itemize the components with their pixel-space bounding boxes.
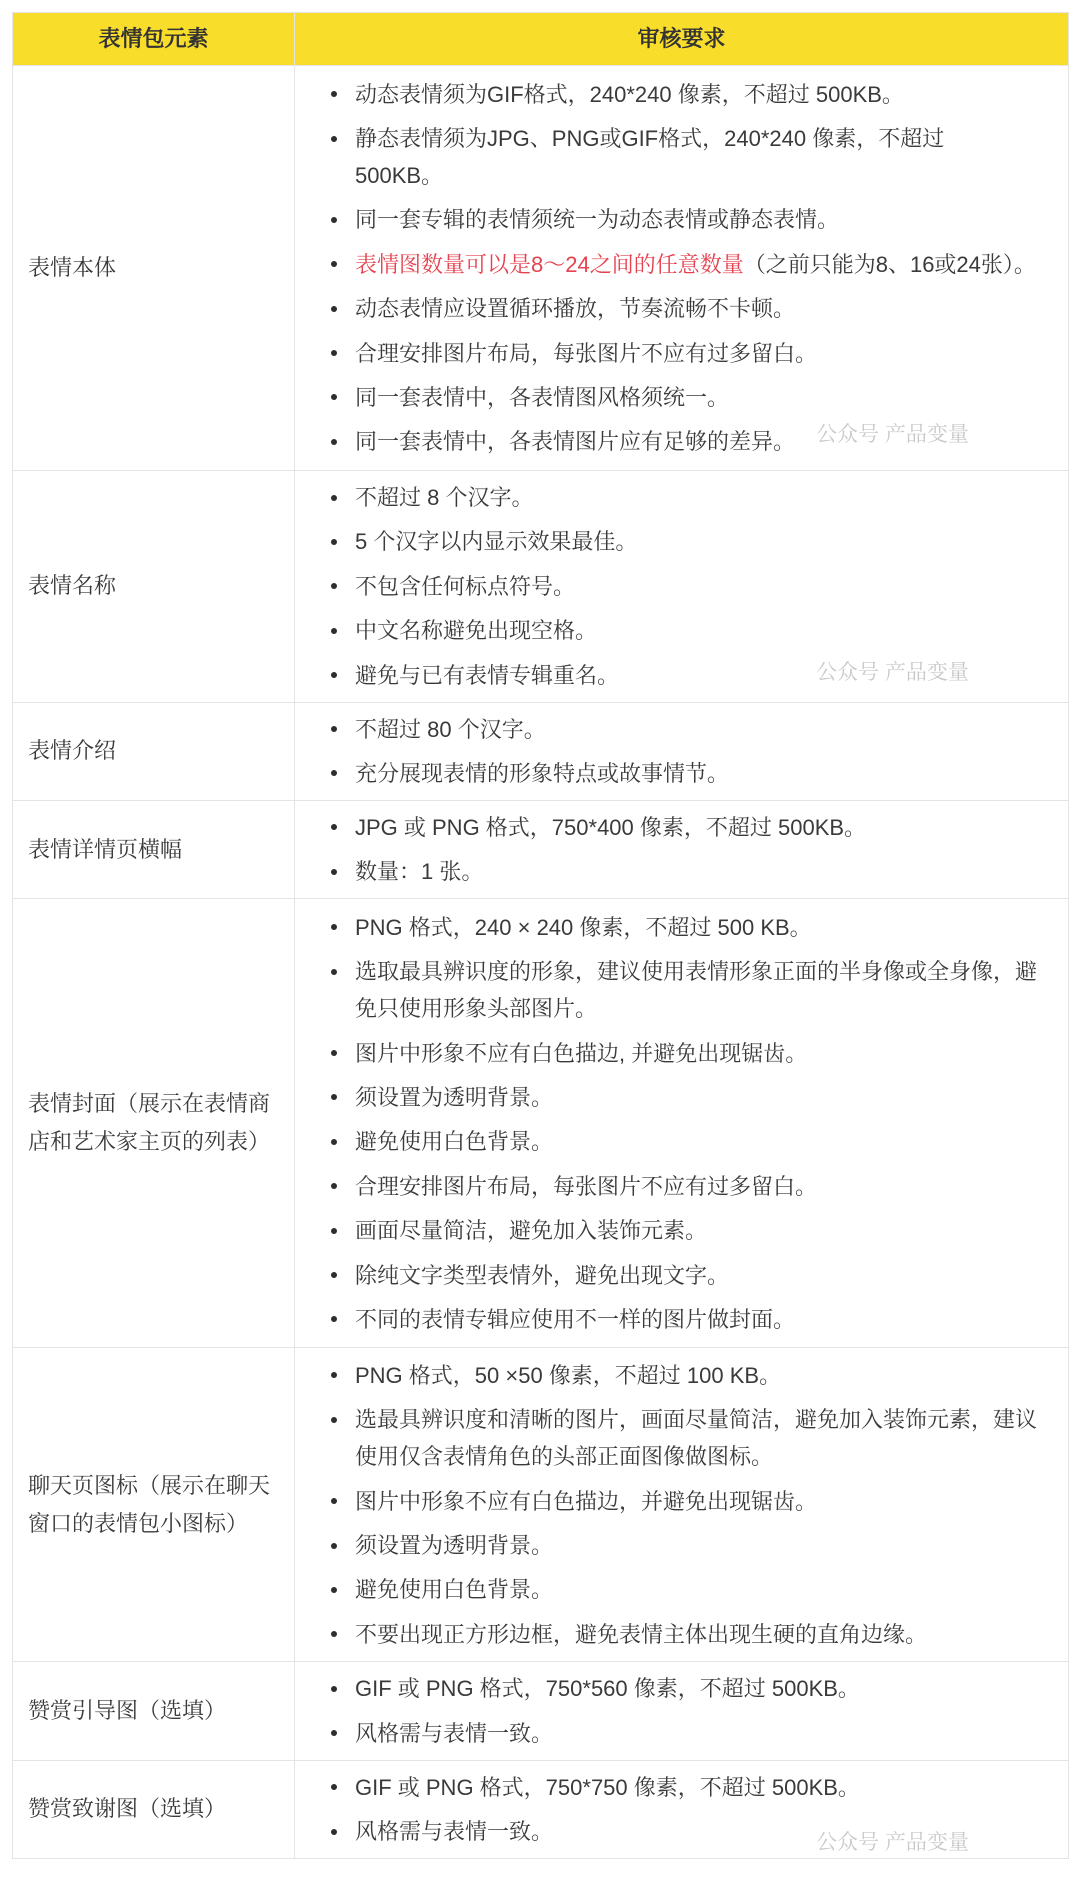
- requirements-list: PNG 格式，50 ×50 像素，不超过 100 KB。 选最具辨识度和清晰的图…: [295, 1357, 1056, 1653]
- list-item: 不超过 8 个汉字。: [355, 479, 1056, 516]
- list-item: 动态表情须为GIF格式，240*240 像素，不超过 500KB。: [355, 76, 1056, 113]
- list-item: 不超过 80 个汉字。: [355, 711, 1056, 748]
- list-item: 风格需与表情一致。: [355, 1813, 1056, 1850]
- list-item: 不包含任何标点符号。: [355, 568, 1056, 605]
- requirements-cell: 动态表情须为GIF格式，240*240 像素，不超过 500KB。 静态表情须为…: [295, 66, 1069, 471]
- list-item: 图片中形象不应有白色描边，并避免出现锯齿。: [355, 1483, 1056, 1520]
- table-row: 表情介绍 不超过 80 个汉字。 充分展现表情的形象特点或故事情节。: [13, 702, 1069, 800]
- list-item: 合理安排图片布局，每张图片不应有过多留白。: [355, 1168, 1056, 1205]
- sticker-review-requirements-table: 表情包元素 审核要求 表情本体 动态表情须为GIF格式，240*240 像素，不…: [12, 12, 1069, 1859]
- list-item: JPG 或 PNG 格式，750*400 像素，不超过 500KB。: [355, 809, 1056, 846]
- list-item: 避免使用白色背景。: [355, 1571, 1056, 1608]
- element-label: 赞赏致谢图（选填）: [13, 1760, 295, 1858]
- element-label: 赞赏引导图（选填）: [13, 1662, 295, 1760]
- list-item: 画面尽量简洁，避免加入装饰元素。: [355, 1212, 1056, 1249]
- table-row: 聊天页图标（展示在聊天窗口的表情包小图标） PNG 格式，50 ×50 像素，不…: [13, 1348, 1069, 1662]
- list-item: GIF 或 PNG 格式，750*750 像素，不超过 500KB。: [355, 1769, 1056, 1806]
- column-header-element: 表情包元素: [13, 13, 295, 66]
- list-item: 同一套表情中，各表情图风格须统一。: [355, 379, 1056, 416]
- element-label: 表情介绍: [13, 702, 295, 800]
- requirements-list: GIF 或 PNG 格式，750*560 像素，不超过 500KB。 风格需与表…: [295, 1670, 1056, 1751]
- requirements-cell: JPG 或 PNG 格式，750*400 像素，不超过 500KB。 数量：1 …: [295, 800, 1069, 898]
- list-item: GIF 或 PNG 格式，750*560 像素，不超过 500KB。: [355, 1670, 1056, 1707]
- list-item: 数量：1 张。: [355, 853, 1056, 890]
- list-item: 中文名称避免出现空格。: [355, 612, 1056, 649]
- list-item: 风格需与表情一致。: [355, 1715, 1056, 1752]
- requirements-cell: PNG 格式，240 × 240 像素，不超过 500 KB。 选取最具辨识度的…: [295, 899, 1069, 1348]
- list-item: 充分展现表情的形象特点或故事情节。: [355, 755, 1056, 792]
- list-item: 须设置为透明背景。: [355, 1079, 1056, 1116]
- list-item: 5 个汉字以内显示效果最佳。: [355, 523, 1056, 560]
- table-row: 表情封面（展示在表情商店和艺术家主页的列表） PNG 格式，240 × 240 …: [13, 899, 1069, 1348]
- requirements-list: 动态表情须为GIF格式，240*240 像素，不超过 500KB。 静态表情须为…: [295, 76, 1056, 461]
- column-header-requirements: 审核要求: [295, 13, 1069, 66]
- requirements-cell: 不超过 80 个汉字。 充分展现表情的形象特点或故事情节。: [295, 702, 1069, 800]
- list-item: 选最具辨识度和清晰的图片，画面尽量简洁，避免加入装饰元素，建议使用仅含表情角色的…: [355, 1401, 1056, 1475]
- table-row: 表情详情页横幅 JPG 或 PNG 格式，750*400 像素，不超过 500K…: [13, 800, 1069, 898]
- list-item: 不要出现正方形边框，避免表情主体出现生硬的直角边缘。: [355, 1616, 1056, 1653]
- list-item: 图片中形象不应有白色描边, 并避免出现锯齿。: [355, 1035, 1056, 1072]
- list-item: 选取最具辨识度的形象，建议使用表情形象正面的半身像或全身像，避免只使用形象头部图…: [355, 953, 1056, 1027]
- list-item: 表情图数量可以是8～24之间的任意数量（之前只能为8、16或24张）。: [355, 246, 1056, 283]
- requirements-list: PNG 格式，240 × 240 像素，不超过 500 KB。 选取最具辨识度的…: [295, 909, 1056, 1338]
- requirements-cell: GIF 或 PNG 格式，750*750 像素，不超过 500KB。 风格需与表…: [295, 1760, 1069, 1858]
- requirements-list: 不超过 8 个汉字。 5 个汉字以内显示效果最佳。 不包含任何标点符号。 中文名…: [295, 479, 1056, 694]
- list-item: PNG 格式，50 ×50 像素，不超过 100 KB。: [355, 1357, 1056, 1394]
- element-label: 聊天页图标（展示在聊天窗口的表情包小图标）: [13, 1348, 295, 1662]
- element-label: 表情封面（展示在表情商店和艺术家主页的列表）: [13, 899, 295, 1348]
- list-item: 避免与已有表情专辑重名。: [355, 657, 1056, 694]
- list-item: PNG 格式，240 × 240 像素，不超过 500 KB。: [355, 909, 1056, 946]
- list-item: 除纯文字类型表情外，避免出现文字。: [355, 1257, 1056, 1294]
- table-row: 表情名称 不超过 8 个汉字。 5 个汉字以内显示效果最佳。 不包含任何标点符号…: [13, 471, 1069, 703]
- requirements-list: 不超过 80 个汉字。 充分展现表情的形象特点或故事情节。: [295, 711, 1056, 792]
- requirements-cell: PNG 格式，50 ×50 像素，不超过 100 KB。 选最具辨识度和清晰的图…: [295, 1348, 1069, 1662]
- list-item: 避免使用白色背景。: [355, 1123, 1056, 1160]
- table-row: 赞赏致谢图（选填） GIF 或 PNG 格式，750*750 像素，不超过 50…: [13, 1760, 1069, 1858]
- element-label: 表情本体: [13, 66, 295, 471]
- list-item: 同一套专辑的表情须统一为动态表情或静态表情。: [355, 201, 1056, 238]
- requirements-cell: 不超过 8 个汉字。 5 个汉字以内显示效果最佳。 不包含任何标点符号。 中文名…: [295, 471, 1069, 703]
- list-item: 合理安排图片布局，每张图片不应有过多留白。: [355, 335, 1056, 372]
- list-item: 动态表情应设置循环播放，节奏流畅不卡顿。: [355, 290, 1056, 327]
- element-label: 表情名称: [13, 471, 295, 703]
- table-row: 表情本体 动态表情须为GIF格式，240*240 像素，不超过 500KB。 静…: [13, 66, 1069, 471]
- list-item-text: （之前只能为8、16或24张）。: [744, 252, 1036, 277]
- highlighted-text: 表情图数量可以是8～24之间的任意数量: [355, 252, 744, 277]
- list-item: 同一套表情中，各表情图片应有足够的差异。: [355, 423, 1056, 460]
- element-label: 表情详情页横幅: [13, 800, 295, 898]
- requirements-cell: GIF 或 PNG 格式，750*560 像素，不超过 500KB。 风格需与表…: [295, 1662, 1069, 1760]
- list-item: 不同的表情专辑应使用不一样的图片做封面。: [355, 1301, 1056, 1338]
- requirements-list: GIF 或 PNG 格式，750*750 像素，不超过 500KB。 风格需与表…: [295, 1769, 1056, 1850]
- requirements-list: JPG 或 PNG 格式，750*400 像素，不超过 500KB。 数量：1 …: [295, 809, 1056, 890]
- list-item: 须设置为透明背景。: [355, 1527, 1056, 1564]
- table-row: 赞赏引导图（选填） GIF 或 PNG 格式，750*560 像素，不超过 50…: [13, 1662, 1069, 1760]
- table-header-row: 表情包元素 审核要求: [13, 13, 1069, 66]
- list-item: 静态表情须为JPG、PNG或GIF格式，240*240 像素，不超过 500KB…: [355, 120, 995, 194]
